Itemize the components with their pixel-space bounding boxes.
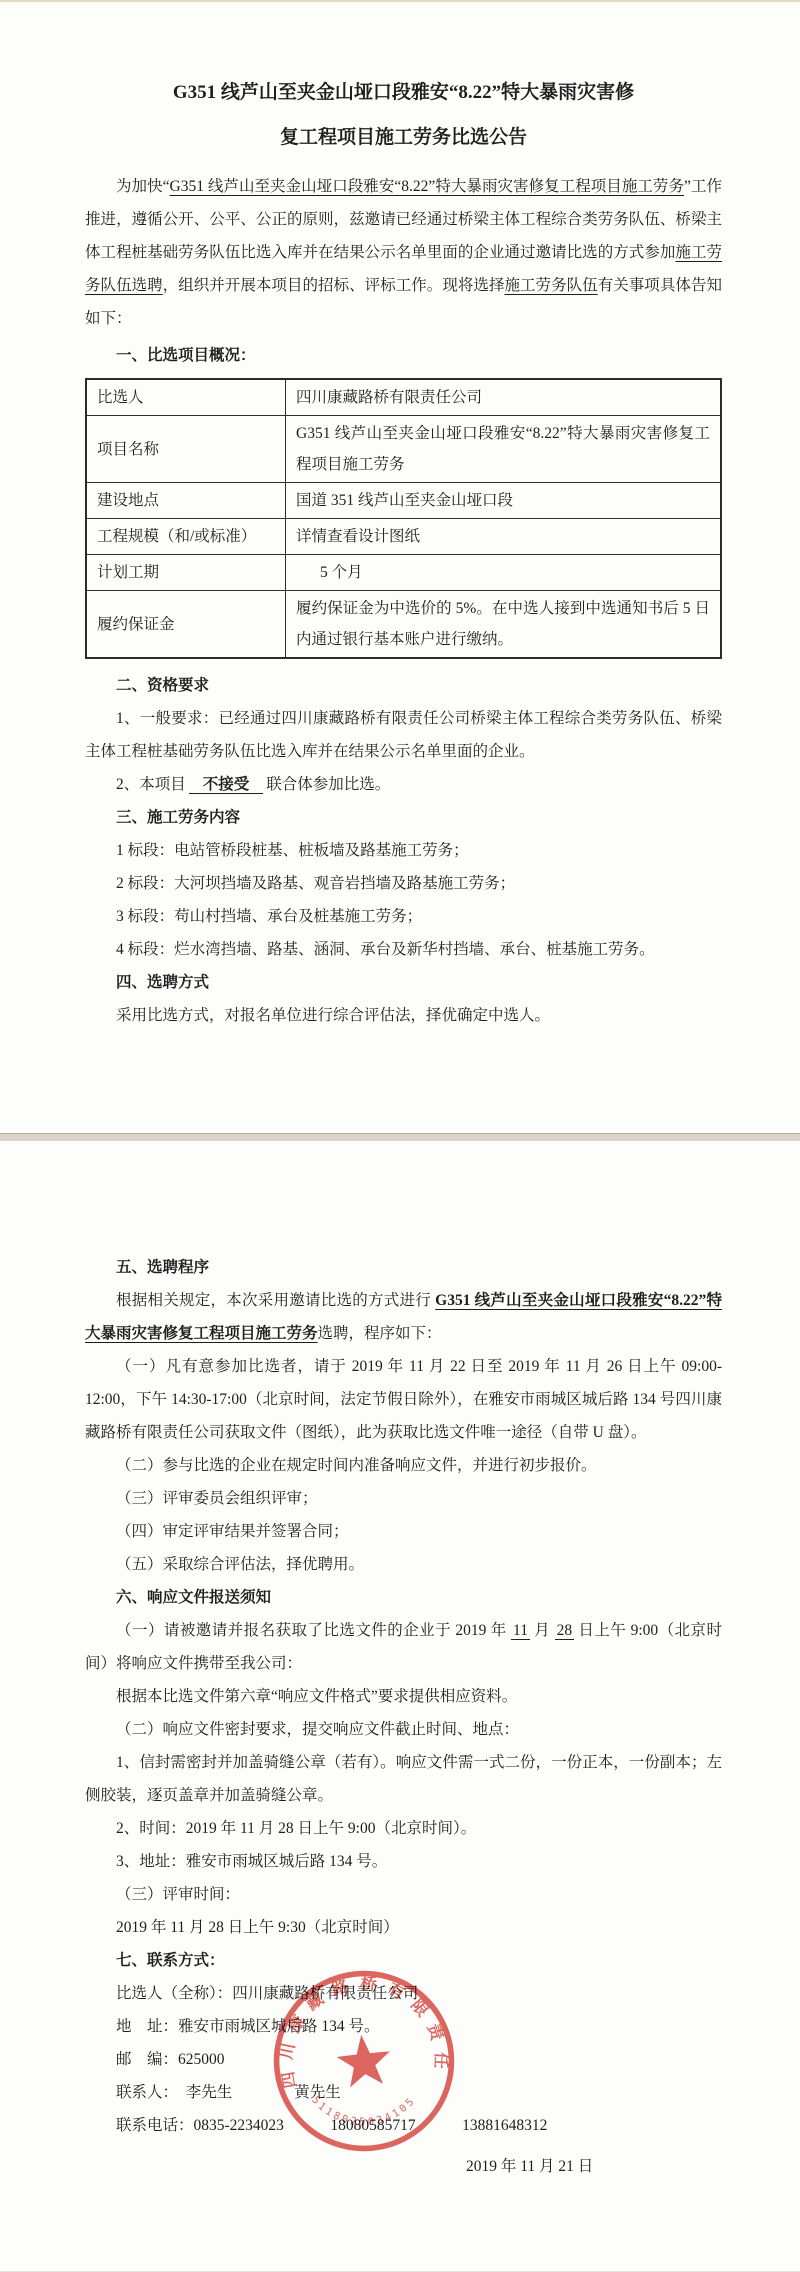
submission-note-5: 2、时间：2019 年 11 月 28 日上午 9:00（北京时间）。 bbox=[85, 1812, 722, 1845]
section-heading-6: 六、响应文件报送须知 bbox=[85, 1581, 722, 1614]
project-overview-table: 比选人 四川康藏路桥有限责任公司 项目名称 G351 线芦山至夹金山垭口段雅安“… bbox=[85, 378, 722, 659]
table-label-duration: 计划工期 bbox=[86, 555, 286, 591]
table-label-scale: 工程规模（和/或标准） bbox=[86, 519, 286, 555]
scanned-document: G351 线芦山至夹金山垭口段雅安“8.22”特大暴雨灾害修 复工程项目施工劳务… bbox=[0, 0, 800, 2272]
contact-bidder: 比选人（全称）：四川康藏路桥有限责任公司 bbox=[85, 1977, 722, 2010]
qual2-tail: 联合体参加比选。 bbox=[266, 776, 390, 793]
table-row: 履约保证金 履约保证金为中选价的 5%。在中选人接到中选通知书后 5 日内通过银… bbox=[86, 591, 721, 659]
procedure-pre: 根据相关规定，本次采用邀请比选的方式进行 bbox=[116, 1292, 435, 1309]
labor-item-2: 2 标段：大河坝挡墙及路基、观音岩挡墙及路基施工劳务； bbox=[85, 867, 722, 900]
table-row: 项目名称 G351 线芦山至夹金山垭口段雅安“8.22”特大暴雨灾害修复工程项目… bbox=[86, 416, 721, 483]
qualification-item-2: 2、本项目不接受联合体参加比选。 bbox=[85, 768, 722, 801]
procedure-step-3: （三）评审委员会组织评审； bbox=[85, 1482, 722, 1515]
submission-mid: 月 bbox=[530, 1622, 555, 1639]
document-title: G351 线芦山至夹金山垭口段雅安“8.22”特大暴雨灾害修 复工程项目施工劳务… bbox=[85, 70, 722, 160]
submission-month: 11 bbox=[511, 1622, 530, 1640]
submission-day: 28 bbox=[555, 1622, 575, 1640]
intro-underlined-project-name: G351 线芦山至夹金山垭口段雅安“8.22”特大暴雨灾害修复工程项目施工劳务 bbox=[170, 178, 685, 195]
contact-address: 地 址：雅安市雨城区城后路 134 号。 bbox=[85, 2010, 722, 2043]
table-row: 计划工期 5 个月 bbox=[86, 555, 721, 591]
section-heading-2: 二、资格要求 bbox=[85, 669, 722, 702]
qualification-item-1: 1、一般要求：已经通过四川康藏路桥有限责任公司桥梁主体工程综合类劳务队伍、桥梁主… bbox=[85, 702, 722, 768]
intro-mid2: ，组织并开展本项目的招标、评标工作。现将选择 bbox=[163, 277, 505, 294]
table-label-location: 建设地点 bbox=[86, 483, 286, 519]
contact-phones: 联系电话：0835-2234023 18080585717 1388164831… bbox=[85, 2109, 722, 2142]
document-title-line2: 复工程项目施工劳务比选公告 bbox=[85, 115, 722, 160]
contact-zip: 邮 编：625000 bbox=[85, 2043, 722, 2076]
page-break bbox=[0, 1133, 800, 1141]
submission-pre: （一）请被邀请并报名获取了比选文件的企业于 2019 年 bbox=[116, 1622, 511, 1639]
submission-note-2: 根据本比选文件第六章“响应文件格式”要求提供相应资料。 bbox=[85, 1680, 722, 1713]
table-row: 建设地点 国道 351 线芦山至夹金山垭口段 bbox=[86, 483, 721, 519]
table-value-duration: 5 个月 bbox=[286, 555, 722, 591]
table-label-bidder: 比选人 bbox=[86, 379, 286, 416]
table-label-guarantee: 履约保证金 bbox=[86, 591, 286, 659]
intro-underlined-team: 施工劳务队伍 bbox=[504, 277, 597, 294]
section-heading-1: 一、比选项目概况： bbox=[85, 339, 722, 372]
table-value-project-name: G351 线芦山至夹金山垭口段雅安“8.22”特大暴雨灾害修复工程项目施工劳务 bbox=[286, 416, 722, 483]
section-heading-3: 三、施工劳务内容 bbox=[85, 801, 722, 834]
section-heading-4: 四、选聘方式 bbox=[85, 966, 722, 999]
table-value-scale: 详情查看设计图纸 bbox=[286, 519, 722, 555]
table-value-location: 国道 351 线芦山至夹金山垭口段 bbox=[286, 483, 722, 519]
intro-paragraph: 为加快“G351 线芦山至夹金山垭口段雅安“8.22”特大暴雨灾害修复工程项目施… bbox=[85, 170, 722, 335]
qual2-pre: 2、本项目 bbox=[116, 776, 186, 793]
procedure-tail: 选聘，程序如下： bbox=[318, 1325, 442, 1342]
document-title-line1: G351 线芦山至夹金山垭口段雅安“8.22”特大暴雨灾害修 bbox=[85, 70, 722, 115]
table-row: 比选人 四川康藏路桥有限责任公司 bbox=[86, 379, 721, 416]
procedure-step-4: （四）审定评审结果并签署合同； bbox=[85, 1515, 722, 1548]
table-row: 工程规模（和/或标准） 详情查看设计图纸 bbox=[86, 519, 721, 555]
labor-item-1: 1 标段：电站管桥段桩基、桩板墙及路基施工劳务； bbox=[85, 834, 722, 867]
table-value-guarantee: 履约保证金为中选价的 5%。在中选人接到中选通知书后 5 日内通过银行基本账户进… bbox=[286, 591, 722, 659]
submission-note-4: 1、信封需密封并加盖骑缝公章（若有）。响应文件需一式二份，一份正本，一份副本；左… bbox=[85, 1746, 722, 1812]
table-label-project-name: 项目名称 bbox=[86, 416, 286, 483]
table-value-bidder: 四川康藏路桥有限责任公司 bbox=[286, 379, 722, 416]
review-time-value: 2019 年 11 月 28 日上午 9:30（北京时间） bbox=[85, 1911, 722, 1944]
intro-pre: 为加快“ bbox=[116, 178, 170, 195]
review-time-label: （三）评审时间： bbox=[85, 1878, 722, 1911]
selection-method-body: 采用比选方式，对报名单位进行综合评估法，择优确定中选人。 bbox=[85, 999, 722, 1032]
section-heading-5: 五、选聘程序 bbox=[85, 1251, 722, 1284]
labor-item-3: 3 标段：苟山村挡墙、承台及桩基施工劳务； bbox=[85, 900, 722, 933]
procedure-intro: 根据相关规定，本次采用邀请比选的方式进行 G351 线芦山至夹金山垭口段雅安“8… bbox=[85, 1284, 722, 1350]
submission-note-3: （二）响应文件密封要求，提交响应文件截止时间、地点： bbox=[85, 1713, 722, 1746]
procedure-step-5: （五）采取综合评估法，择优聘用。 bbox=[85, 1548, 722, 1581]
qual2-not-accepted: 不接受 bbox=[189, 776, 264, 794]
section-heading-7: 七、联系方式： bbox=[85, 1944, 722, 1977]
page-2: 五、选聘程序 根据相关规定，本次采用邀请比选的方式进行 G351 线芦山至夹金山… bbox=[0, 1141, 800, 2272]
labor-item-4: 4 标段：烂水湾挡墙、路基、涵洞、承台及新华村挡墙、承台、桩基施工劳务。 bbox=[85, 933, 722, 966]
submission-note-1: （一）请被邀请并报名获取了比选文件的企业于 2019 年 11 月 28 日上午… bbox=[85, 1614, 722, 1680]
page-1: G351 线芦山至夹金山垭口段雅安“8.22”特大暴雨灾害修 复工程项目施工劳务… bbox=[0, 0, 800, 1133]
procedure-step-2: （二）参与比选的企业在规定时间内准备响应文件，并进行初步报价。 bbox=[85, 1449, 722, 1482]
procedure-step-1: （一）凡有意参加比选者，请于 2019 年 11 月 22 日至 2019 年 … bbox=[85, 1350, 722, 1449]
submission-note-6: 3、地址：雅安市雨城区城后路 134 号。 bbox=[85, 1845, 722, 1878]
contact-persons: 联系人： 李先生 黄先生 bbox=[85, 2076, 722, 2109]
document-date: 2019 年 11 月 21 日 bbox=[85, 2150, 722, 2183]
